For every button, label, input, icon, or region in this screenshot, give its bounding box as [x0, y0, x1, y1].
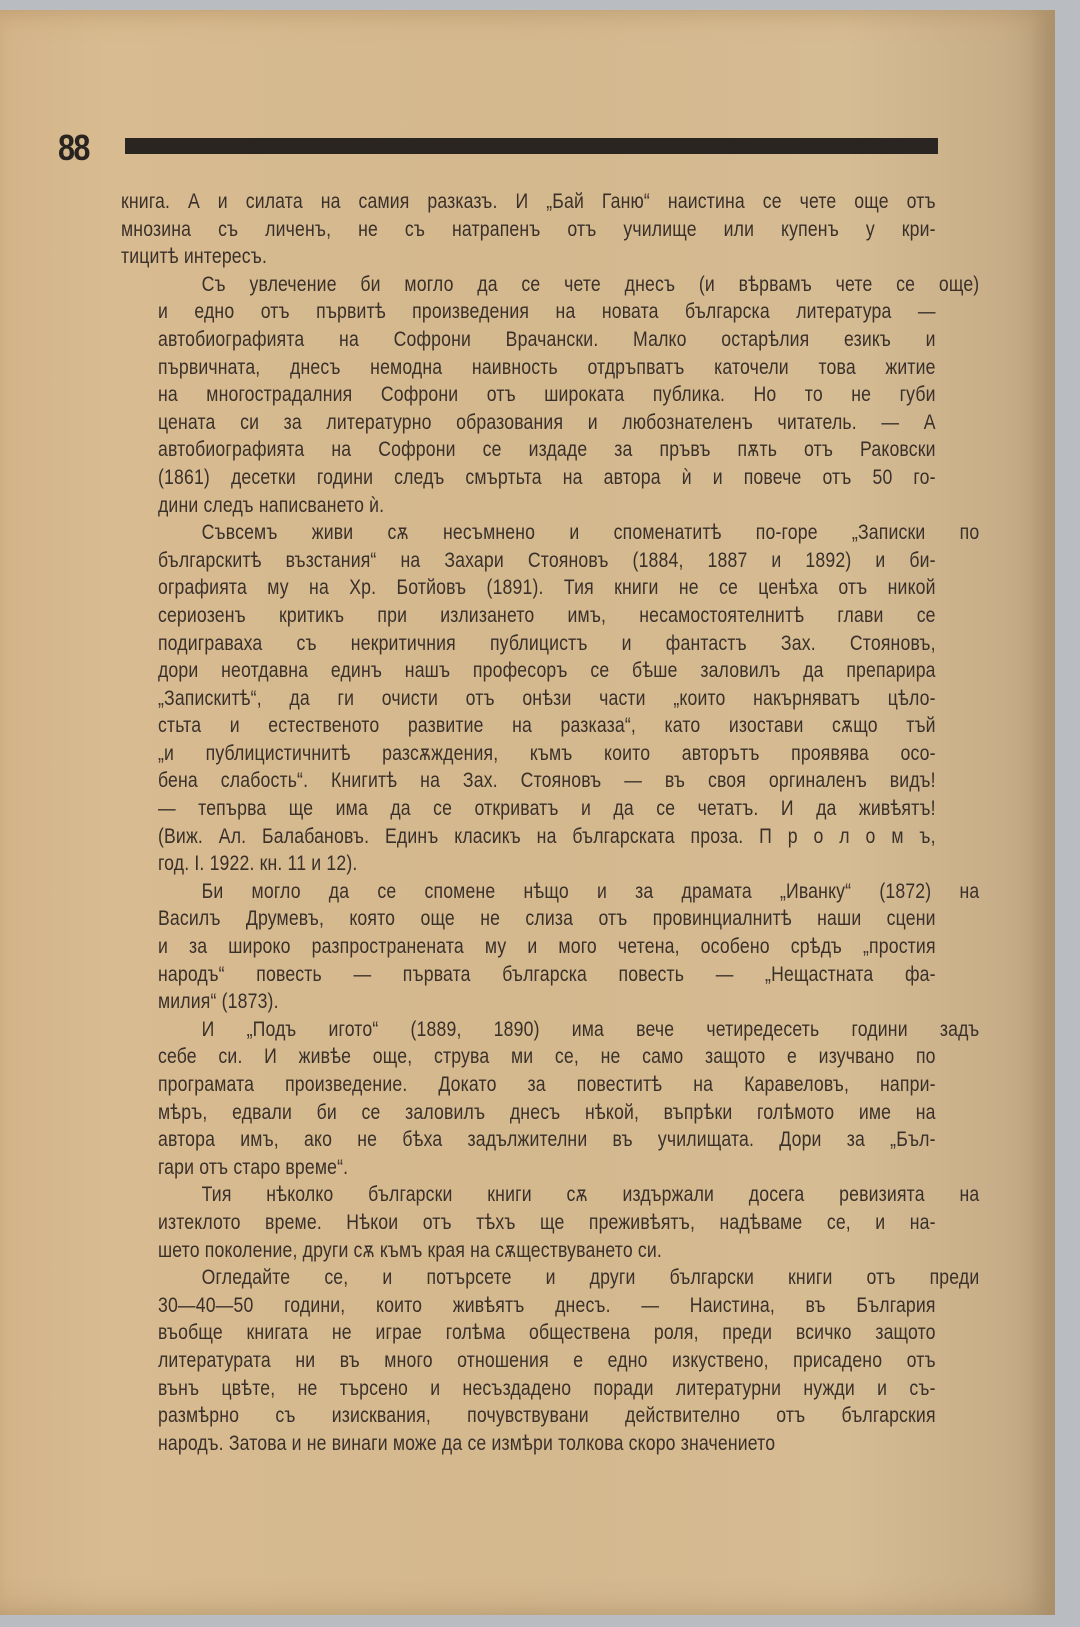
text-line: мѣръ, едвали би се заловилъ днесъ нѣкой,… — [121, 1099, 936, 1127]
page-number: 88 — [58, 127, 106, 169]
text-line: въобще книгата не играе голѣма обществен… — [121, 1319, 936, 1347]
paragraph: Би могло да се спомене нѣщо и за драмата… — [121, 878, 936, 1016]
text-line: програмата произведение. Докато за повес… — [121, 1071, 936, 1099]
text-line: шето поколение, други сѫ къмъ края на сѫ… — [121, 1237, 936, 1265]
text-line: милия“ (1873). — [121, 988, 936, 1016]
text-line: дини следъ написването ѝ. — [121, 492, 936, 520]
text-line: Тия нѣколко български книги сѫ издържали… — [121, 1181, 979, 1209]
body-text: книга. А и силата на самия разказъ. И „Б… — [121, 188, 936, 1457]
text-line: гари отъ старо време“. — [121, 1154, 936, 1182]
text-line: българскитѣ възстания“ на Захари Стоянов… — [121, 547, 936, 575]
paragraph: книга. А и силата на самия разказъ. И „Б… — [121, 188, 936, 271]
text-line: изтеклото време. Нѣкои отъ тѣхъ ще прежи… — [121, 1209, 936, 1237]
text-line: цената си за литературно образования и л… — [121, 409, 936, 437]
paragraph: И „Подъ игото“ (1889, 1890) има вече чет… — [121, 1016, 936, 1182]
text-line: 30—40—50 години, които живѣятъ днесъ. — … — [121, 1292, 936, 1320]
header-rule — [125, 138, 938, 154]
book-page: 88 книга. А и силата на самия разказъ. И… — [0, 10, 1055, 1615]
text-line: народъ. Затова и не винаги може да се из… — [121, 1430, 936, 1458]
text-line: литературата ни въ много отношения е едн… — [121, 1347, 936, 1375]
text-line: (1861) десетки години следъ смъртьта на … — [121, 464, 936, 492]
text-line: „Запискитѣ“, да ги очисти отъ онѣзи част… — [121, 685, 936, 713]
text-line: стьта и естественото развитие на разказа… — [121, 712, 936, 740]
text-line: вънъ цвѣте, не търсено и несъздадено пор… — [121, 1375, 936, 1403]
text-line: „и публицистичнитѣ разсѫждения, къмъ кои… — [121, 740, 936, 768]
text-line: подиграваха съ некритичния публицистъ и … — [121, 630, 936, 658]
paragraph: Съвсемъ живи сѫ несъмнено и споменатитѣ … — [121, 519, 936, 878]
text-line: сериозенъ критикъ при излизането имъ, не… — [121, 602, 936, 630]
text-line: — тепърва ще има да се откриватъ и да се… — [121, 795, 936, 823]
text-line: Огледайте се, и потърсете и други българ… — [121, 1264, 979, 1292]
text-line: Съ увлечение би могло да се чете днесъ (… — [121, 271, 979, 299]
text-line: ографията му на Хр. Ботйовъ (1891). Тия … — [121, 574, 936, 602]
text-line: Василъ Друмевъ, която още не слиза отъ п… — [121, 905, 936, 933]
text-line: бена слабость“. Книгитѣ на Зах. Стояновъ… — [121, 767, 936, 795]
text-line: И „Подъ игото“ (1889, 1890) има вече чет… — [121, 1016, 979, 1044]
text-line: год. I. 1922. кн. 11 и 12). — [121, 850, 936, 878]
text-line: автобиографията на Софрони се издаде за … — [121, 436, 936, 464]
text-line: тицитѣ интересъ. — [121, 243, 936, 271]
text-line: народъ“ повесть — първата българска пове… — [121, 961, 936, 989]
text-line: (Виж. Ал. Балабановъ. Единъ класикъ на б… — [121, 823, 936, 851]
text-line: на многострадалния Софрони отъ широката … — [121, 381, 936, 409]
page-header: 88 — [58, 128, 938, 168]
text-line: книга. А и силата на самия разказъ. И „Б… — [121, 188, 936, 216]
text-line: Би могло да се спомене нѣщо и за драмата… — [121, 878, 979, 906]
paragraph: Тия нѣколко български книги сѫ издържали… — [121, 1181, 936, 1264]
text-line: автора имъ, ако не бѣха задължителни въ … — [121, 1126, 936, 1154]
text-line: себе си. И живѣе още, струва ми се, не с… — [121, 1043, 936, 1071]
text-line: дори неотдавна единъ нашъ професоръ се б… — [121, 657, 936, 685]
text-line: мнозина съ личенъ, не съ натрапенъ отъ у… — [121, 216, 936, 244]
text-line: автобиографията на Софрони Врачански. Ма… — [121, 326, 936, 354]
text-line: и едно отъ първитѣ произведения на новат… — [121, 298, 936, 326]
text-line: Съвсемъ живи сѫ несъмнено и споменатитѣ … — [121, 519, 979, 547]
text-line: първичната, днесъ немодна наивность отдр… — [121, 354, 936, 382]
paragraph: Огледайте се, и потърсете и други българ… — [121, 1264, 936, 1457]
text-line: размѣрно съ изисквания, почувствувани де… — [121, 1402, 936, 1430]
paragraph: Съ увлечение би могло да се чете днесъ (… — [121, 271, 936, 519]
text-line: и за широко разпространената му и мого ч… — [121, 933, 936, 961]
